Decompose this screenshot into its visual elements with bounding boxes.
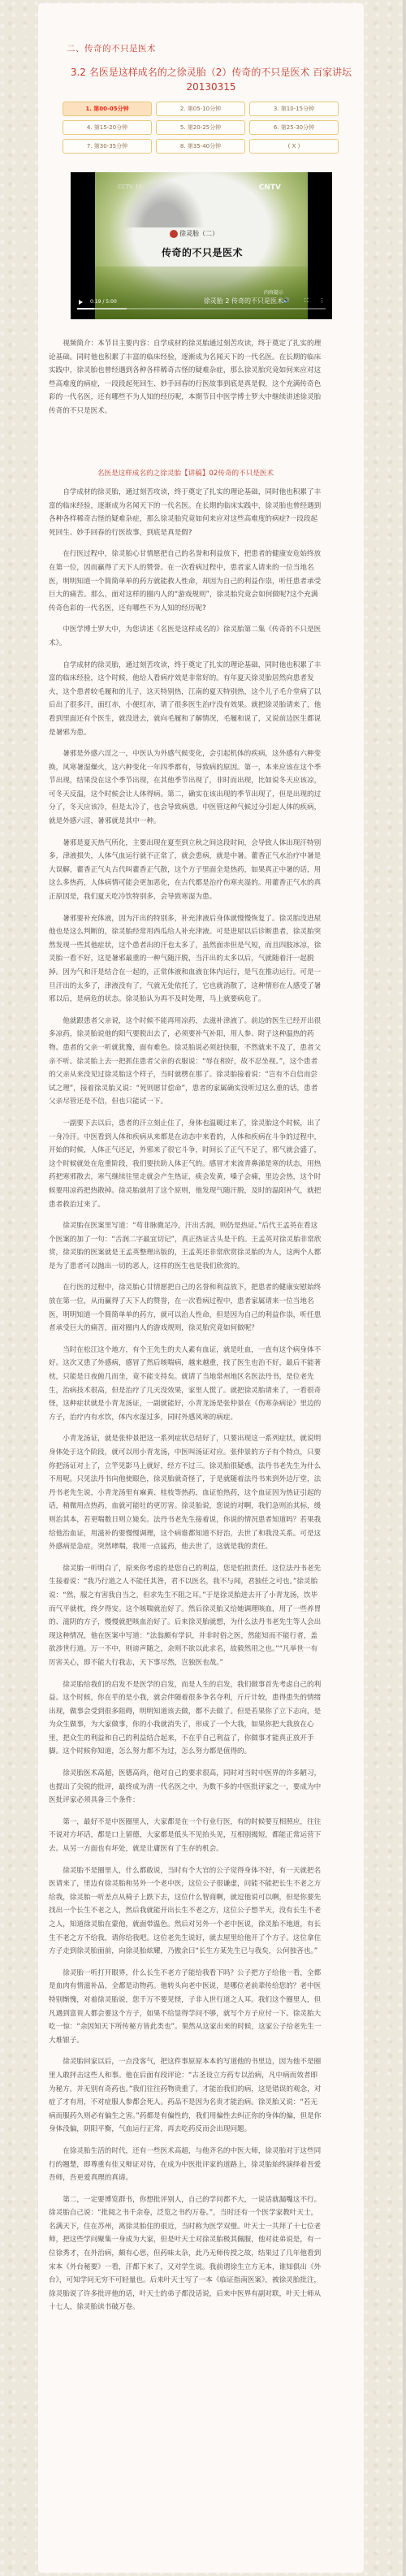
video-progress-bar[interactable] bbox=[77, 308, 326, 310]
seal-icon bbox=[170, 230, 178, 238]
video-time: 0:19 / 5:00 bbox=[90, 298, 117, 305]
transcript-paragraph: 一副要下去以后，患者的汗立刻止住了，身体也温暖过来了，徐灵胎这个时候，出了一身冷… bbox=[49, 1117, 322, 1211]
transcript-paragraph: 暑邪是外感六淫之一，中医认为外感气候变化，会引起机体的疾病，这外感有六种变换，风… bbox=[49, 747, 322, 829]
cntv-logo: CNTV bbox=[259, 184, 281, 192]
transcript-paragraph: 在行医的过程中，徐灵胎心甘情愿把自己的名誉和利益放下，把患者的健康安慰始终放在第… bbox=[49, 1281, 322, 1335]
video-controls: 0:19 / 5:00 🔊 ⛶ ⋮ bbox=[71, 298, 332, 319]
segment-button-close[interactable]: ( X ) bbox=[249, 139, 339, 154]
segment-button-4[interactable]: 4. 第15-20分钟 bbox=[63, 120, 152, 135]
transcript-paragraph: 徐灵胎回家以后，一点没客气，把这件事原原本本的写道他的书里边，因为他不是圈里人敢… bbox=[49, 2055, 322, 2137]
segment-button-6[interactable]: 6. 第25-30分钟 bbox=[249, 120, 339, 135]
segment-button-7[interactable]: 7. 第30-35分钟 bbox=[63, 139, 152, 154]
play-icon[interactable] bbox=[79, 300, 83, 305]
video-hint-label: 内容提示 bbox=[264, 288, 283, 296]
episode-title: 3.2 名医是这样成名的之徐灵胎（2）传奇的不只是医术 百家讲坛 2013031… bbox=[61, 65, 361, 94]
video-frame: CCTV 10 CNTV 徐灵胎（二） 传奇的不只是医术 内容提示 徐灵胎 2 … bbox=[95, 172, 308, 319]
transcript-paragraph: 暑邪要补充体液，因为汗出的特别多，补充津液后身体就慢慢恢复了。徐灵胎没进屋他也是… bbox=[49, 912, 322, 1007]
segment-selector: 1. 第00-05分钟 2. 第05-10分钟 3. 第10-15分钟 4. 第… bbox=[63, 102, 339, 154]
segment-button-5[interactable]: 5. 第20-25分钟 bbox=[156, 120, 245, 135]
transcript-paragraph: 徐灵胎医术高超，医德高尚，他对自己的要求很高，同时对当时中医界的许多陋习，也提出… bbox=[49, 1767, 322, 1808]
volume-icon[interactable]: 🔊 bbox=[283, 297, 290, 304]
transcript-body: 自学成材的徐灵胎，通过刻苦攻读，终于奠定了扎实的理论基础，同时他也积累了丰富的临… bbox=[49, 486, 322, 2323]
page-scrollbar-edge bbox=[403, 0, 406, 2576]
transcript-paragraph: 在徐灵胎生活的时代，还有一些医术高超，与他齐名的中医大师，徐灵胎对于这些同行的翘… bbox=[49, 2145, 322, 2185]
video-frame-title: 传奇的不只是医术 bbox=[162, 245, 243, 259]
segment-button-2[interactable]: 2. 第05-10分钟 bbox=[156, 102, 245, 116]
transcript-paragraph: 徐灵胎在医案里写道：“苟非脉微足冷，汗出舌润，则仍是热证。”后代王孟英在看这个医… bbox=[49, 1219, 322, 1273]
transcript-paragraph: 暑邪是夏天热气所化，主要出现在夏至到立秋之间这段时间，会导致人体出现汗特别多，津… bbox=[49, 837, 322, 904]
transcript-paragraph: 当时在松江这个地方，有个王先生的夫人素有血证，就是吐血，一直有这个病身体不好。这… bbox=[49, 1344, 322, 1425]
video-intro: 视频简介：本节目主要内容：自学成材的徐灵胎通过刻苦攻读，终于奠定了扎实的理论基础… bbox=[49, 337, 322, 418]
video-series-label: 徐灵胎（二） bbox=[170, 229, 218, 238]
transcript-paragraph: 徐灵胎不是圈里人，什么都敢说，当时有个大官的公子觉得身体不好，有一天就把名医请来… bbox=[49, 1864, 322, 1959]
transcript-paragraph: 徐灵胎一听明白了，原来你考虑的是您自己的利益，您是怕担责任。这位法丹书老先生接着… bbox=[49, 1562, 322, 1670]
played-bar bbox=[77, 308, 94, 310]
video-player[interactable]: CCTV 10 CNTV 徐灵胎（二） 传奇的不只是医术 内容提示 徐灵胎 2 … bbox=[71, 172, 332, 319]
transcript-paragraph: 自学成材的徐灵胎，通过刻苦攻读，终于奠定了扎实的理论基础，同时他也积累了丰富的临… bbox=[49, 486, 322, 539]
more-options-icon[interactable]: ⋮ bbox=[319, 297, 325, 304]
section-heading: 二、传奇的不只是医术 bbox=[67, 42, 156, 54]
transcript-paragraph: 徐灵胎一听打开眼界，什么长生不老方子能给我看下吗？公子把方子给他一看，全都是血肉… bbox=[49, 1967, 322, 2048]
transcript-title: 名医是这样成名的之徐灵胎【讲稿】02传奇的不只是医术 bbox=[49, 468, 322, 478]
transcript-paragraph: 第一，最好不是中医圈里人，大家都是在一个行业行医，有的时候要互相照应，往往不说对… bbox=[49, 1816, 322, 1856]
transcript-paragraph: 他就跟患者父亲说，这个时候不能再用凉药，去滋补津液了。前边的医生已经开出很多凉药… bbox=[49, 1015, 322, 1109]
transcript-paragraph: 第二，一定要博览群书，你想批评别人，自己的学问都不大，一说话就漏嘴这不行。徐灵胎… bbox=[49, 2193, 322, 2314]
video-series-text: 徐灵胎（二） bbox=[179, 230, 218, 237]
transcript-paragraph: 中医学博士罗大中，为您讲述《名医是这样成名的》徐灵胎第二集《传奇的不只是医术》。 bbox=[49, 623, 322, 650]
channel-watermark: CCTV 10 bbox=[118, 184, 142, 190]
segment-button-8[interactable]: 8. 第35-40分钟 bbox=[156, 139, 245, 154]
transcript-paragraph: 小青龙汤证，就是张仲景把这一系列症状总结好了，只要出现这一系列症状，就说明身体处… bbox=[49, 1432, 322, 1553]
segment-button-1[interactable]: 1. 第00-05分钟 bbox=[63, 102, 152, 116]
transcript-paragraph: 在行医过程中，徐灵胎心甘情愿把自己的名誉和利益放下，把患者的健康安危始终放在第一… bbox=[49, 548, 322, 615]
segment-button-3[interactable]: 3. 第10-15分钟 bbox=[249, 102, 339, 116]
transcript-paragraph: 自学成材的徐灵胎，通过刻苦攻读，终于奠定了扎实的理论基础，同时他也积累了丰富的临… bbox=[49, 659, 322, 740]
fullscreen-icon[interactable]: ⛶ bbox=[304, 297, 309, 305]
transcript-paragraph: 徐灵胎给我们的启发不是医学的启发，而是人生的启发，我们做事首先考虑自己的利益。这… bbox=[49, 1678, 322, 1760]
